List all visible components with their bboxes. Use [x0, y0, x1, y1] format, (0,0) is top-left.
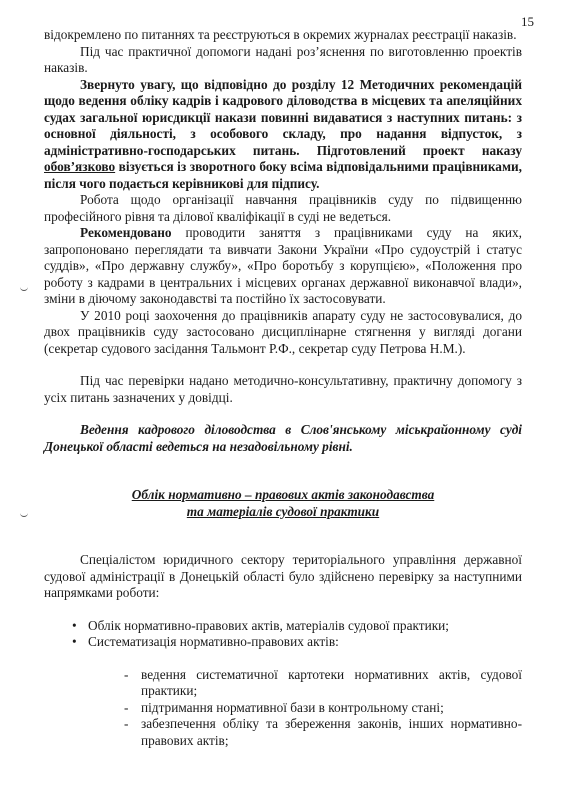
margin-mark	[20, 286, 28, 291]
paragraph-training: Робота щодо організації навчання працівн…	[44, 192, 522, 225]
section-heading-line1: Облік нормативно – правових актів законо…	[44, 487, 522, 504]
list-item: підтримання нормативної бази в контрольн…	[124, 700, 522, 717]
list-item: ведення систематичної картотеки норматив…	[124, 667, 522, 700]
text: візується із зворотного боку всіма відпо…	[44, 159, 522, 191]
page-number: 15	[521, 14, 534, 31]
section-intro: Спеціалістом юридичного сектору територі…	[44, 552, 522, 602]
paragraph-orders-registration: відокремлено по питаннях та реєструються…	[44, 27, 522, 44]
paragraph-2010: У 2010 році заохочення до працівників ап…	[44, 308, 522, 358]
list-item: Систематизація нормативно-правових актів…	[72, 634, 522, 651]
paragraph-methodical-help: Під час перевірки надано методично-консу…	[44, 373, 522, 406]
paragraph-recommended: Рекомендовано проводити заняття з праців…	[44, 225, 522, 308]
list-item: Облік нормативно-правових актів, матеріа…	[72, 618, 522, 635]
list-item: забезпечення обліку та збереження законі…	[124, 716, 522, 749]
margin-mark	[20, 512, 28, 517]
bold-text: Рекомендовано	[80, 225, 172, 240]
section-heading-line2: та матеріалів судової практики	[44, 504, 522, 521]
conclusion: Ведення кадрового діловодства в Слов'янс…	[44, 422, 522, 455]
underlined-text: обов’язково	[44, 159, 115, 174]
bullet-list: Облік нормативно-правових актів, матеріа…	[44, 618, 522, 651]
document-body: відокремлено по питаннях та реєструються…	[44, 27, 522, 749]
dash-list: ведення систематичної картотеки норматив…	[44, 667, 522, 750]
paragraph-attention: Звернуто увагу, що відповідно до розділу…	[44, 77, 522, 193]
section-heading: Облік нормативно – правових актів законо…	[44, 487, 522, 520]
text: Звернуто увагу, що відповідно до розділу…	[44, 77, 522, 158]
paragraph-practical-help: Під час практичної допомоги надані роз’я…	[44, 44, 522, 77]
